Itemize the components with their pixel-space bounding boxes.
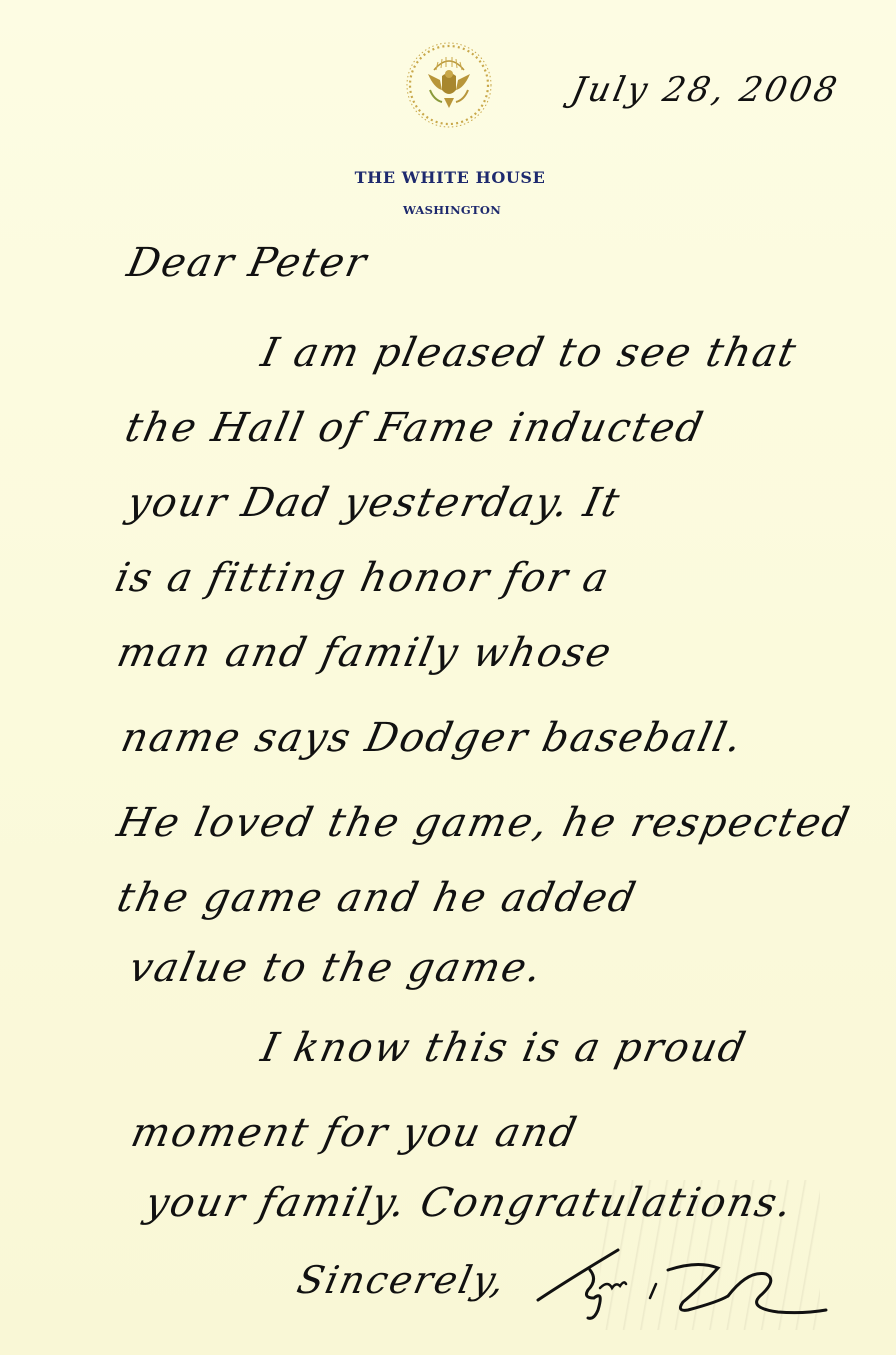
- letterhead-title: THE WHITE HOUSE: [0, 168, 896, 187]
- letterhead-subtitle: WASHINGTON: [0, 203, 896, 217]
- body-line: your family. Congratulations.: [141, 1180, 797, 1226]
- presidential-seal-icon: [404, 40, 494, 130]
- closing: Sincerely,: [293, 1258, 510, 1302]
- body-line: I know this is a proud: [257, 1025, 751, 1071]
- body-line: I am pleased to see that: [257, 330, 801, 376]
- body-line: the Hall of Fame inducted: [121, 405, 709, 451]
- body-line: your Dad yesterday. It: [123, 480, 625, 526]
- body-line: value to the game.: [125, 945, 547, 991]
- body-line: moment for you and: [127, 1110, 582, 1156]
- body-line: is a fitting honor for a: [111, 555, 614, 601]
- salutation: Dear Peter: [123, 240, 372, 286]
- body-line: name says Dodger baseball.: [117, 715, 747, 761]
- letter-date: July 28, 2008: [568, 70, 843, 110]
- letter-page: THE WHITE HOUSE WASHINGTON July 28, 2008…: [0, 0, 896, 1355]
- body-line: the game and he added: [113, 875, 641, 921]
- signature-icon: George Bush: [528, 1240, 838, 1340]
- body-line: man and family whose: [113, 630, 617, 676]
- body-line: He loved the game, he respected: [113, 800, 855, 846]
